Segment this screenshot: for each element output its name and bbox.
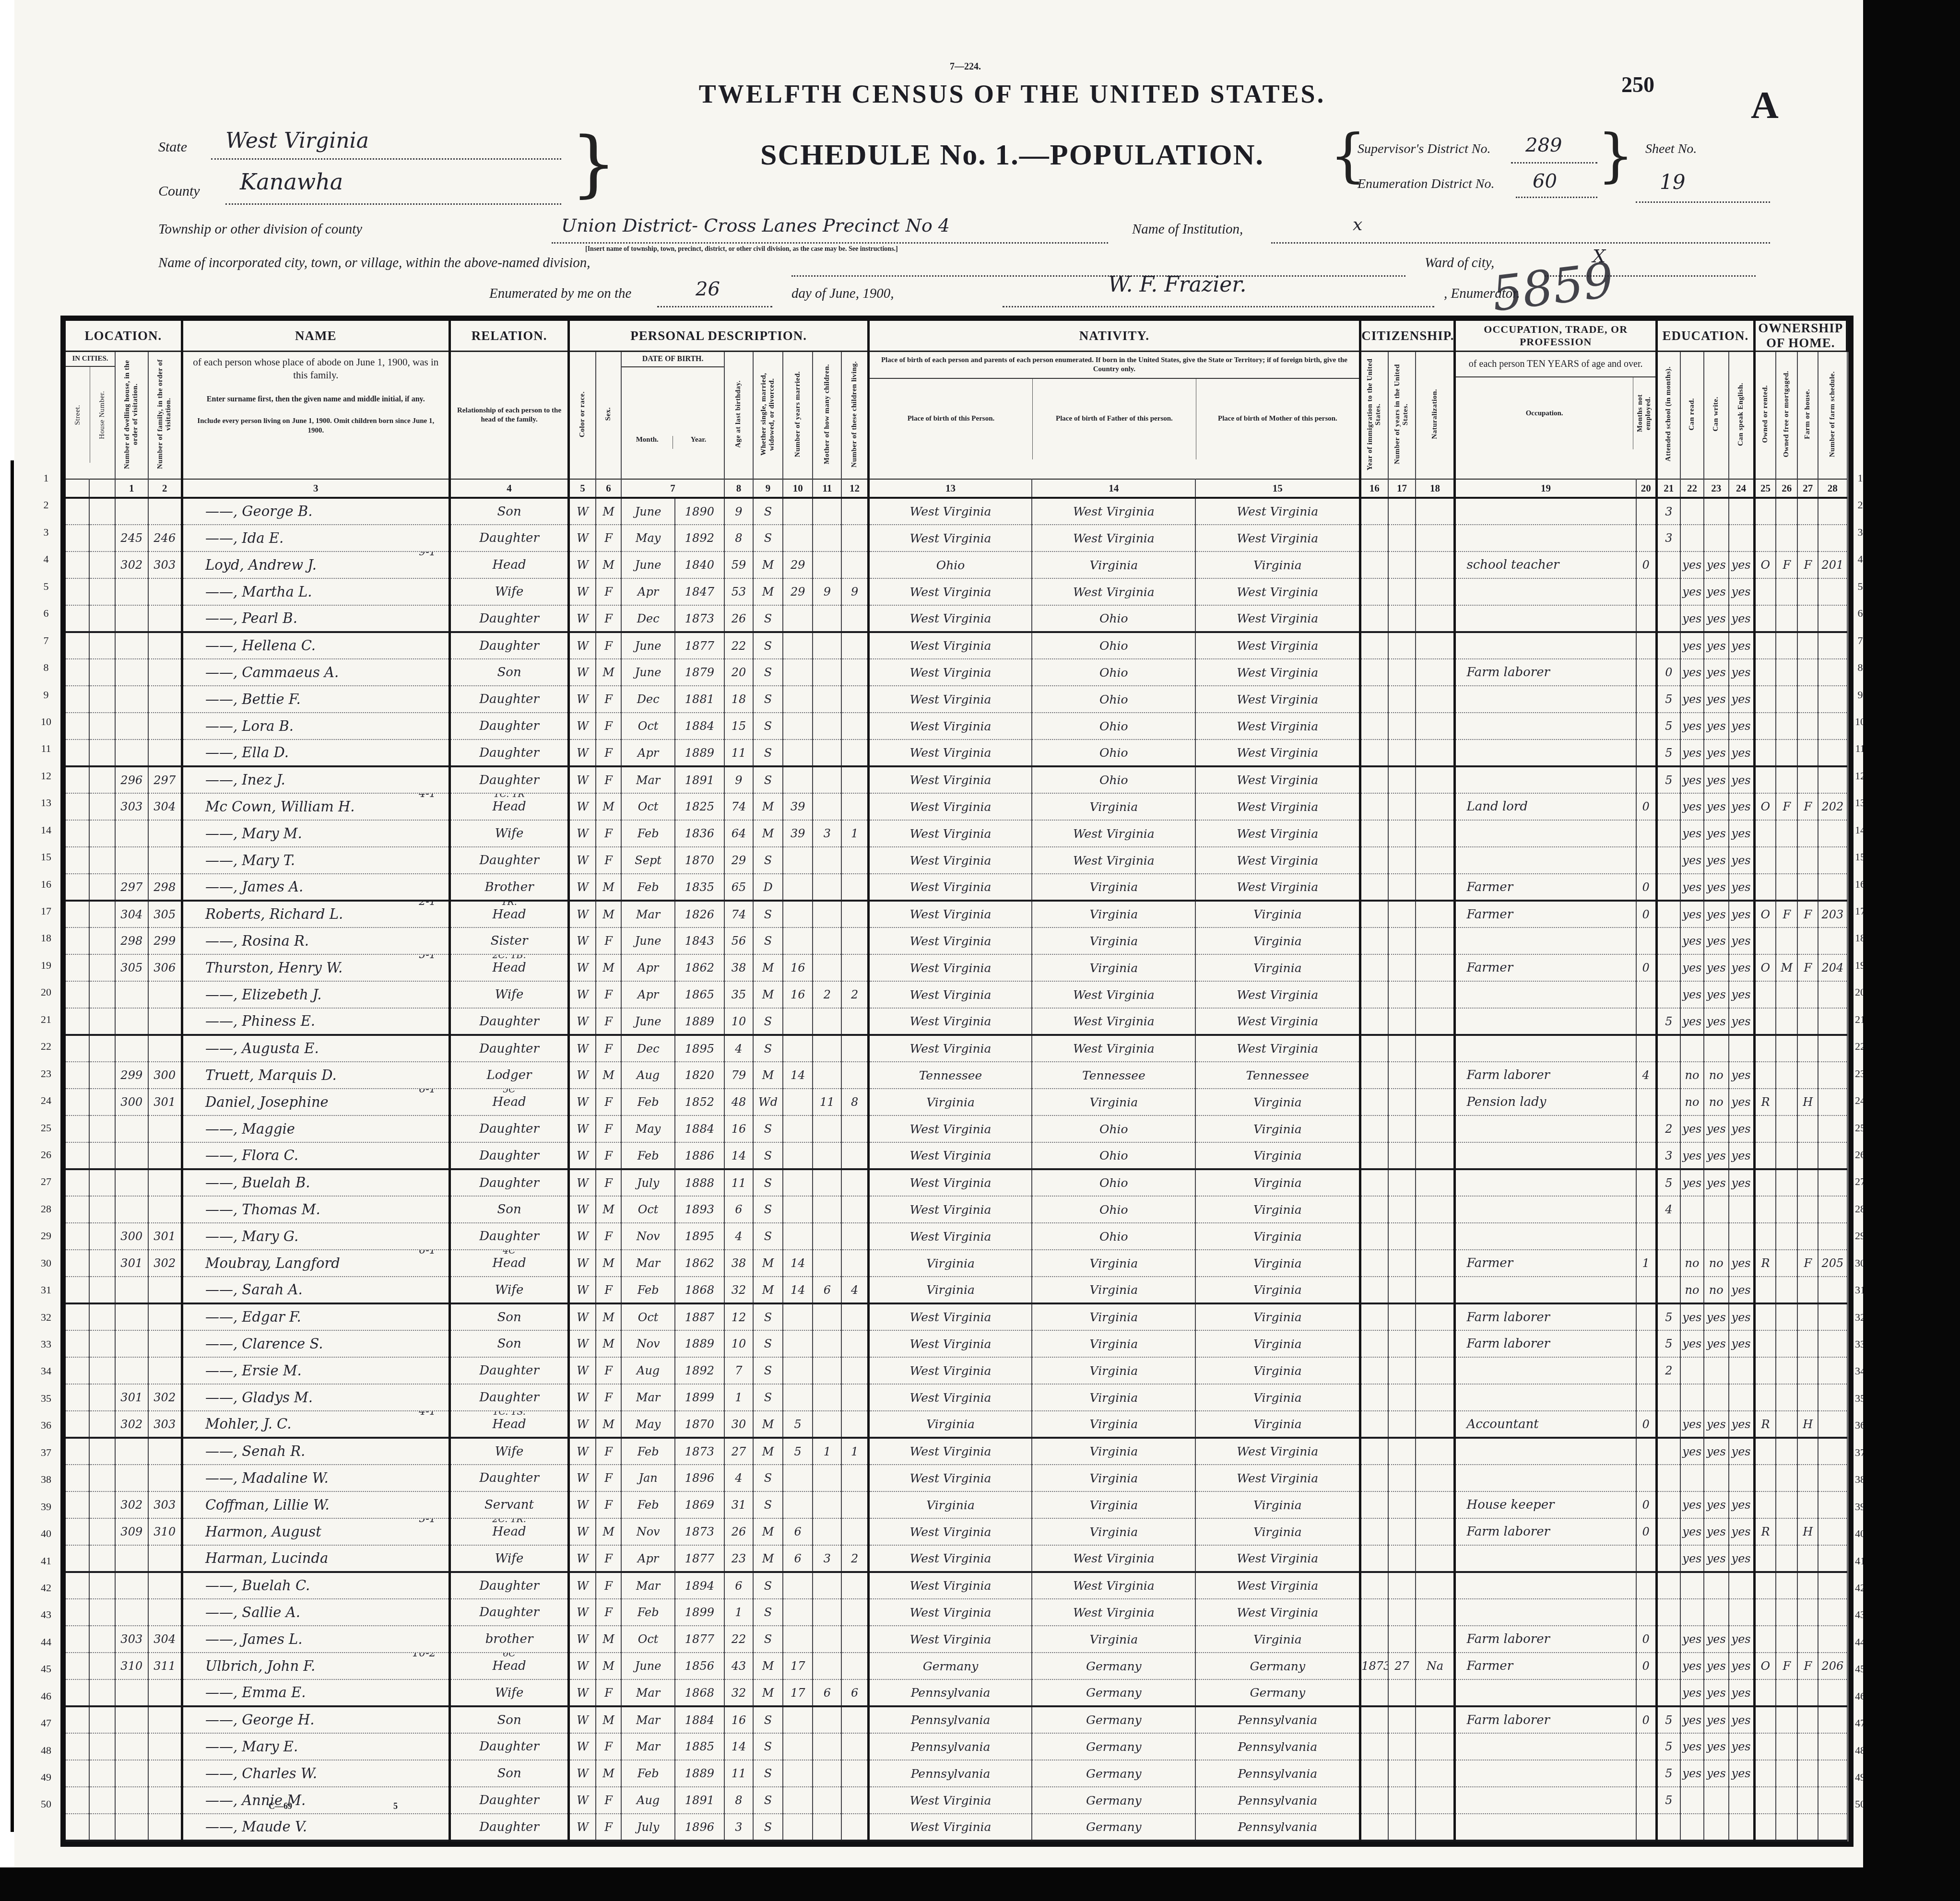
cell-occupation bbox=[1455, 525, 1636, 552]
cell-naturalization bbox=[1416, 632, 1455, 659]
cell-can-write bbox=[1704, 1465, 1728, 1491]
tally-annotation: 2-1 bbox=[419, 901, 436, 908]
cell-dwelling-number bbox=[115, 1760, 148, 1787]
cell-months-not-employed bbox=[1636, 1465, 1657, 1491]
cell-immigration-year bbox=[1360, 1223, 1388, 1250]
cell-farm-schedule bbox=[1818, 1169, 1847, 1196]
cell-children-living bbox=[841, 659, 868, 686]
cell-farm-house bbox=[1797, 498, 1818, 525]
cell-birth-month: Nov bbox=[621, 1223, 675, 1250]
cell-birthplace: West Virginia bbox=[868, 1384, 1032, 1411]
cell-naturalization bbox=[1416, 578, 1455, 605]
cell-birth-month: Feb bbox=[621, 1438, 675, 1465]
cell-can-read: yes bbox=[1680, 820, 1704, 847]
cell-immigration-year bbox=[1360, 1357, 1388, 1384]
cell-can-write bbox=[1704, 1814, 1728, 1841]
cell-children-living bbox=[841, 1760, 868, 1787]
cell-owned-rented bbox=[1754, 1626, 1776, 1653]
cell-father-birthplace: Virginia bbox=[1032, 1411, 1195, 1438]
cell-years-married: 6 bbox=[783, 1518, 813, 1545]
cell-birth-month: Feb bbox=[621, 1089, 675, 1115]
cell-birth-month: May bbox=[621, 525, 675, 552]
cell-birth-month: Apr bbox=[621, 739, 675, 766]
cell-marital-status: S bbox=[753, 525, 783, 552]
cell-sex: F bbox=[596, 1142, 622, 1169]
cell-house-number bbox=[89, 1169, 115, 1196]
cell-marital-status: S bbox=[753, 1303, 783, 1330]
cell-farm-schedule bbox=[1818, 1760, 1847, 1787]
cell-birth-year: 1888 bbox=[675, 1169, 724, 1196]
cell-dwelling-number bbox=[115, 632, 148, 659]
cell-father-birthplace: Ohio bbox=[1032, 1223, 1195, 1250]
cell-years-married: 29 bbox=[783, 552, 813, 578]
cell-street bbox=[66, 1277, 89, 1303]
person-row: 305 306 5-1Thurston, Henry W. 2C. 1B.Hea… bbox=[66, 954, 1847, 981]
cell-farm-house bbox=[1797, 847, 1818, 874]
cell-birthplace: West Virginia bbox=[868, 1626, 1032, 1653]
cell-naturalization bbox=[1416, 1142, 1455, 1169]
cell-can-speak-english: yes bbox=[1729, 552, 1755, 578]
cell-farm-house bbox=[1797, 1733, 1818, 1760]
cell-free-mortgaged bbox=[1776, 1330, 1797, 1357]
cell-immigration-year bbox=[1360, 578, 1388, 605]
cell-can-read bbox=[1680, 1465, 1704, 1491]
cell-can-speak-english: yes bbox=[1729, 686, 1755, 713]
cell-birth-month: Oct bbox=[621, 1626, 675, 1653]
cell-attended-school: 2 bbox=[1656, 1115, 1680, 1142]
cell-marital-status: M bbox=[753, 552, 783, 578]
cell-free-mortgaged bbox=[1776, 1142, 1797, 1169]
cell-sex: M bbox=[596, 1706, 622, 1733]
cell-color-race: W bbox=[569, 1196, 596, 1223]
cell-farm-schedule: 203 bbox=[1818, 901, 1847, 927]
cell-father-birthplace: West Virginia bbox=[1032, 1008, 1195, 1035]
cell-attended-school bbox=[1656, 605, 1680, 632]
enumeration-label: Enumeration District No. bbox=[1358, 176, 1494, 192]
cell-years-married bbox=[783, 659, 813, 686]
cell-name: ——, Maggie bbox=[205, 1121, 295, 1137]
cell-attended-school bbox=[1656, 1035, 1680, 1062]
cell-children-living bbox=[841, 1115, 868, 1142]
cell-farm-schedule bbox=[1818, 1626, 1847, 1653]
cell-immigration-year bbox=[1360, 1491, 1388, 1518]
cell-birthplace: Pennsylvania bbox=[868, 1679, 1032, 1706]
cell-children-living bbox=[841, 793, 868, 820]
cell-attended-school: 3 bbox=[1656, 525, 1680, 552]
cell-years-in-us bbox=[1388, 1518, 1416, 1545]
relation-annotation: 1C. 1R bbox=[494, 793, 524, 799]
tally-annotation: 4-1 bbox=[419, 793, 436, 800]
cell-age: 65 bbox=[724, 874, 753, 901]
cell-name: ——, Inez J. bbox=[205, 772, 285, 788]
cell-farm-house bbox=[1797, 1491, 1818, 1518]
person-row: ——, Elizebeth J. Wife W F Apr 1865 35 M … bbox=[66, 981, 1847, 1008]
cell-years-married bbox=[783, 874, 813, 901]
cell-occupation: Accountant bbox=[1455, 1411, 1636, 1438]
cell-relation: Daughter bbox=[479, 1176, 539, 1190]
cell-birth-month: Apr bbox=[621, 1545, 675, 1572]
cell-street bbox=[66, 1411, 89, 1438]
township-value: Union District- Cross Lanes Precinct No … bbox=[561, 215, 950, 236]
cell-free-mortgaged: F bbox=[1776, 552, 1797, 578]
col-nativity-desc: Place of birth of each person and parent… bbox=[868, 352, 1360, 480]
cell-immigration-year bbox=[1360, 1035, 1388, 1062]
cell-months-not-employed bbox=[1636, 981, 1657, 1008]
cell-name: Mohler, J. C. bbox=[205, 1416, 292, 1432]
cell-free-mortgaged bbox=[1776, 1814, 1797, 1841]
cell-age: 3 bbox=[724, 1814, 753, 1841]
cell-birth-month: Feb bbox=[621, 1760, 675, 1787]
cell-can-speak-english: yes bbox=[1729, 1115, 1755, 1142]
cell-owned-rented bbox=[1754, 1733, 1776, 1760]
cell-owned-rented bbox=[1754, 1572, 1776, 1599]
cell-farm-house bbox=[1797, 1679, 1818, 1706]
group-occupation: OCCUPATION, TRADE, OR PROFESSION bbox=[1455, 321, 1656, 352]
cell-farm-house bbox=[1797, 1438, 1818, 1465]
cell-age: 38 bbox=[724, 954, 753, 981]
cell-months-not-employed: 4 bbox=[1636, 1062, 1657, 1089]
cell-can-speak-english bbox=[1729, 1572, 1755, 1599]
cell-house-number bbox=[89, 1330, 115, 1357]
cell-farm-house bbox=[1797, 1062, 1818, 1089]
cell-birth-year: 1899 bbox=[675, 1384, 724, 1411]
cell-owned-rented bbox=[1754, 605, 1776, 632]
cell-can-speak-english: yes bbox=[1729, 1250, 1755, 1277]
person-row: 303 304 4-1Mc Cown, William H. 1C. 1RHea… bbox=[66, 793, 1847, 820]
cell-farm-house bbox=[1797, 1357, 1818, 1384]
cell-years-in-us bbox=[1388, 927, 1416, 954]
cell-mother-of-children bbox=[813, 1706, 841, 1733]
cell-birthplace: West Virginia bbox=[868, 1599, 1032, 1626]
cell-color-race: W bbox=[569, 1142, 596, 1169]
cell-dwelling-number bbox=[115, 1465, 148, 1491]
col-relation-desc: Relationship of each person to the head … bbox=[449, 352, 569, 480]
enumerated-day: 26 bbox=[696, 278, 720, 300]
cell-can-read: yes bbox=[1680, 1411, 1704, 1438]
cell-birth-year: 1899 bbox=[675, 1599, 724, 1626]
cell-attended-school: 5 bbox=[1656, 1787, 1680, 1814]
cell-birth-month: Mar bbox=[621, 1250, 675, 1277]
cell-can-read bbox=[1680, 1572, 1704, 1599]
cell-birth-year: 1889 bbox=[675, 739, 724, 766]
cell-relation: Daughter bbox=[479, 1363, 539, 1378]
cell-children-living bbox=[841, 552, 868, 578]
cell-father-birthplace: Virginia bbox=[1032, 1438, 1195, 1465]
cell-can-speak-english: yes bbox=[1729, 874, 1755, 901]
cell-relation: Daughter bbox=[479, 773, 539, 787]
cell-mother-birthplace: West Virginia bbox=[1195, 1438, 1360, 1465]
cell-can-write bbox=[1704, 498, 1728, 525]
cell-years-in-us bbox=[1388, 1599, 1416, 1626]
cell-years-married bbox=[783, 1384, 813, 1411]
cell-can-speak-english: yes bbox=[1729, 659, 1755, 686]
page-stamp: 250 bbox=[1621, 72, 1654, 97]
cell-owned-rented bbox=[1754, 1760, 1776, 1787]
cell-street bbox=[66, 1787, 89, 1814]
cell-occupation: Farm laborer bbox=[1455, 1518, 1636, 1545]
cell-relation: Daughter bbox=[479, 611, 539, 626]
cell-years-married bbox=[783, 1035, 813, 1062]
cell-name: ——, Mary E. bbox=[205, 1738, 298, 1755]
cell-mother-of-children bbox=[813, 1653, 841, 1679]
cell-birth-year: 1852 bbox=[675, 1089, 724, 1115]
cell-sex: F bbox=[596, 632, 622, 659]
cell-free-mortgaged bbox=[1776, 1733, 1797, 1760]
col-can-read: Can read. bbox=[1688, 398, 1696, 431]
cell-sex: F bbox=[596, 927, 622, 954]
cell-children-living bbox=[841, 1196, 868, 1223]
cell-farm-schedule bbox=[1818, 981, 1847, 1008]
cell-years-married: 17 bbox=[783, 1653, 813, 1679]
cell-months-not-employed bbox=[1636, 1303, 1657, 1330]
cell-dwelling-number bbox=[115, 1277, 148, 1303]
cell-attended-school: 5 bbox=[1656, 766, 1680, 793]
cell-father-birthplace: Virginia bbox=[1032, 1330, 1195, 1357]
cell-free-mortgaged bbox=[1776, 498, 1797, 525]
cell-can-read: yes bbox=[1680, 632, 1704, 659]
cell-children-living bbox=[841, 1223, 868, 1250]
cell-free-mortgaged bbox=[1776, 847, 1797, 874]
cell-naturalization bbox=[1416, 659, 1455, 686]
cell-color-race: W bbox=[569, 847, 596, 874]
supervisor-value: 289 bbox=[1525, 134, 1562, 156]
cell-farm-schedule bbox=[1818, 1411, 1847, 1438]
cell-relation: Daughter bbox=[479, 1793, 539, 1807]
cell-mother-birthplace: West Virginia bbox=[1195, 632, 1360, 659]
cell-street bbox=[66, 1384, 89, 1411]
cell-attended-school bbox=[1656, 1599, 1680, 1626]
cell-color-race: W bbox=[569, 901, 596, 927]
cell-father-birthplace: Virginia bbox=[1032, 1303, 1195, 1330]
cell-attended-school bbox=[1656, 1223, 1680, 1250]
cell-years-married bbox=[783, 1008, 813, 1035]
cell-family-number bbox=[148, 1330, 182, 1357]
cell-attended-school bbox=[1656, 1626, 1680, 1653]
supervisor-label: Supervisor's District No. bbox=[1358, 141, 1490, 157]
cell-immigration-year bbox=[1360, 632, 1388, 659]
cell-farm-schedule bbox=[1818, 1438, 1847, 1465]
cell-naturalization bbox=[1416, 686, 1455, 713]
cell-marital-status: S bbox=[753, 1599, 783, 1626]
person-row: 301 302 ——, Gladys M. Daughter W F Mar 1… bbox=[66, 1384, 1847, 1411]
cell-birth-year: 1877 bbox=[675, 1626, 724, 1653]
cell-can-write: yes bbox=[1704, 578, 1728, 605]
cell-farm-schedule bbox=[1818, 632, 1847, 659]
cell-name: ——, George B. bbox=[205, 503, 313, 519]
cell-sex: F bbox=[596, 525, 622, 552]
cell-color-race: W bbox=[569, 1411, 596, 1438]
cell-can-write: yes bbox=[1704, 820, 1728, 847]
cell-mother-birthplace: West Virginia bbox=[1195, 820, 1360, 847]
cell-owned-rented bbox=[1754, 739, 1776, 766]
cell-relation: Daughter bbox=[479, 1122, 539, 1136]
cell-dwelling-number: 301 bbox=[115, 1250, 148, 1277]
cell-father-birthplace: Ohio bbox=[1032, 713, 1195, 739]
cell-months-not-employed bbox=[1636, 1223, 1657, 1250]
cell-family-number bbox=[148, 1787, 182, 1814]
cell-mother-of-children bbox=[813, 739, 841, 766]
cell-immigration-year bbox=[1360, 1115, 1388, 1142]
cell-street bbox=[66, 901, 89, 927]
cell-owned-rented bbox=[1754, 1706, 1776, 1733]
cell-owned-rented bbox=[1754, 1599, 1776, 1626]
cell-can-read: yes bbox=[1680, 1330, 1704, 1357]
cell-sex: M bbox=[596, 1626, 622, 1653]
cell-naturalization bbox=[1416, 1491, 1455, 1518]
cell-color-race: W bbox=[569, 1357, 596, 1384]
col-occupation: Occupation. bbox=[1456, 377, 1633, 449]
cell-naturalization bbox=[1416, 1250, 1455, 1277]
cell-father-birthplace: Ohio bbox=[1032, 739, 1195, 766]
cell-dwelling-number bbox=[115, 659, 148, 686]
cell-house-number bbox=[89, 659, 115, 686]
cell-can-read: no bbox=[1680, 1062, 1704, 1089]
cell-free-mortgaged bbox=[1776, 1223, 1797, 1250]
cell-can-read: no bbox=[1680, 1277, 1704, 1303]
cell-dwelling-number: 305 bbox=[115, 954, 148, 981]
cell-birth-year: 1881 bbox=[675, 686, 724, 713]
cell-relation: Daughter bbox=[479, 1739, 539, 1754]
cell-house-number bbox=[89, 793, 115, 820]
cell-relation: Head bbox=[492, 799, 526, 814]
cell-sex: M bbox=[596, 1196, 622, 1223]
cell-name: ——, George H. bbox=[205, 1712, 315, 1728]
cell-years-in-us bbox=[1388, 713, 1416, 739]
cell-sex: F bbox=[596, 1438, 622, 1465]
cell-birth-month: Mar bbox=[621, 1679, 675, 1706]
cell-owned-rented bbox=[1754, 525, 1776, 552]
cell-farm-house bbox=[1797, 1384, 1818, 1411]
cell-birthplace: West Virginia bbox=[868, 1572, 1032, 1599]
cell-years-married bbox=[783, 1465, 813, 1491]
cell-house-number bbox=[89, 1115, 115, 1142]
cell-family-number: 303 bbox=[148, 552, 182, 578]
cell-birthplace: West Virginia bbox=[868, 525, 1032, 552]
col-can-write: Can write. bbox=[1712, 397, 1720, 432]
cell-birth-year: 1869 bbox=[675, 1491, 724, 1518]
cell-years-married bbox=[783, 1626, 813, 1653]
cell-occupation: Farmer bbox=[1455, 901, 1636, 927]
cell-birthplace: Virginia bbox=[868, 1250, 1032, 1277]
cell-sex: M bbox=[596, 874, 622, 901]
cell-house-number bbox=[89, 525, 115, 552]
cell-name: ——, James A. bbox=[205, 879, 303, 895]
cell-birthplace: West Virginia bbox=[868, 632, 1032, 659]
cell-dwelling-number: 303 bbox=[115, 1626, 148, 1653]
institution-value: x bbox=[1353, 215, 1362, 235]
cell-family-number bbox=[148, 1438, 182, 1465]
cell-house-number bbox=[89, 1357, 115, 1384]
cell-farm-schedule bbox=[1818, 1357, 1847, 1384]
cell-farm-schedule bbox=[1818, 498, 1847, 525]
cell-immigration-year bbox=[1360, 1384, 1388, 1411]
cell-marital-status: S bbox=[753, 659, 783, 686]
cell-occupation: Farmer bbox=[1455, 954, 1636, 981]
cell-marital-status: S bbox=[753, 1035, 783, 1062]
cell-color-race: W bbox=[569, 1626, 596, 1653]
cell-sex: F bbox=[596, 1357, 622, 1384]
cell-naturalization bbox=[1416, 739, 1455, 766]
cell-mother-birthplace: Virginia bbox=[1195, 1491, 1360, 1518]
cell-family-number: 297 bbox=[148, 766, 182, 793]
cell-father-birthplace: Virginia bbox=[1032, 1626, 1195, 1653]
cell-color-race: W bbox=[569, 1089, 596, 1115]
cell-owned-rented bbox=[1754, 1196, 1776, 1223]
relation-annotation: 2C. 1B. bbox=[492, 954, 526, 961]
cell-free-mortgaged bbox=[1776, 1411, 1797, 1438]
cell-relation: Daughter bbox=[479, 1471, 539, 1485]
cell-street bbox=[66, 766, 89, 793]
group-relation: RELATION. bbox=[449, 321, 569, 352]
cell-age: 4 bbox=[724, 1223, 753, 1250]
cell-color-race: W bbox=[569, 632, 596, 659]
person-row: ——, Buelah C. Daughter W F Mar 1894 6 S … bbox=[66, 1572, 1847, 1599]
cell-naturalization bbox=[1416, 1303, 1455, 1330]
cell-father-birthplace: West Virginia bbox=[1032, 847, 1195, 874]
state-label: State bbox=[158, 139, 187, 155]
cell-children-living: 8 bbox=[841, 1089, 868, 1115]
col-free-mortgaged: Owned free or mortgaged. bbox=[1783, 371, 1791, 458]
cell-occupation bbox=[1455, 1733, 1636, 1760]
cell-farm-schedule bbox=[1818, 1787, 1847, 1814]
cell-birth-year: 1868 bbox=[675, 1679, 724, 1706]
cell-can-speak-english: yes bbox=[1729, 1008, 1755, 1035]
cell-occupation bbox=[1455, 766, 1636, 793]
cell-children-living bbox=[841, 739, 868, 766]
cell-house-number bbox=[89, 686, 115, 713]
cell-farm-house: F bbox=[1797, 1250, 1818, 1277]
cell-birthplace: West Virginia bbox=[868, 766, 1032, 793]
cell-immigration-year bbox=[1360, 1814, 1388, 1841]
cell-house-number bbox=[89, 1491, 115, 1518]
cell-relation: Servant bbox=[484, 1498, 534, 1512]
cell-can-speak-english bbox=[1729, 1196, 1755, 1223]
cell-naturalization bbox=[1416, 1411, 1455, 1438]
cell-farm-house bbox=[1797, 981, 1818, 1008]
cell-father-birthplace: Germany bbox=[1032, 1679, 1195, 1706]
cell-family-number: 300 bbox=[148, 1062, 182, 1089]
cell-months-not-employed: 0 bbox=[1636, 1411, 1657, 1438]
cell-family-number bbox=[148, 1169, 182, 1196]
cell-occupation bbox=[1455, 1142, 1636, 1169]
cell-can-speak-english bbox=[1729, 1787, 1755, 1814]
relation-annotation: 1R. bbox=[501, 901, 517, 907]
cell-owned-rented bbox=[1754, 1115, 1776, 1142]
cell-mother-birthplace: West Virginia bbox=[1195, 874, 1360, 901]
cell-name: ——, Sallie A. bbox=[205, 1604, 300, 1620]
cell-years-married bbox=[783, 498, 813, 525]
cell-dwelling-number bbox=[115, 847, 148, 874]
cell-birthplace: West Virginia bbox=[868, 1545, 1032, 1572]
cell-months-not-employed bbox=[1636, 1357, 1657, 1384]
cell-birth-year: 1825 bbox=[675, 793, 724, 820]
cell-farm-house bbox=[1797, 1196, 1818, 1223]
cell-house-number bbox=[89, 1035, 115, 1062]
person-row: 297 298 ——, James A. Brother W M Feb 183… bbox=[66, 874, 1847, 901]
relation-annotation: 5C bbox=[503, 1089, 516, 1095]
cell-age: 10 bbox=[724, 1008, 753, 1035]
col-occupation-desc: of each person TEN YEARS of age and over… bbox=[1455, 352, 1656, 480]
cell-farm-house bbox=[1797, 766, 1818, 793]
col-marital: Whether single, married, widowed, or div… bbox=[760, 357, 777, 471]
cell-immigration-year bbox=[1360, 713, 1388, 739]
cell-naturalization bbox=[1416, 1089, 1455, 1115]
cell-attended-school bbox=[1656, 1384, 1680, 1411]
cell-free-mortgaged bbox=[1776, 1115, 1797, 1142]
cell-months-not-employed bbox=[1636, 1008, 1657, 1035]
cell-mother-birthplace: West Virginia bbox=[1195, 766, 1360, 793]
cell-dwelling-number bbox=[115, 498, 148, 525]
